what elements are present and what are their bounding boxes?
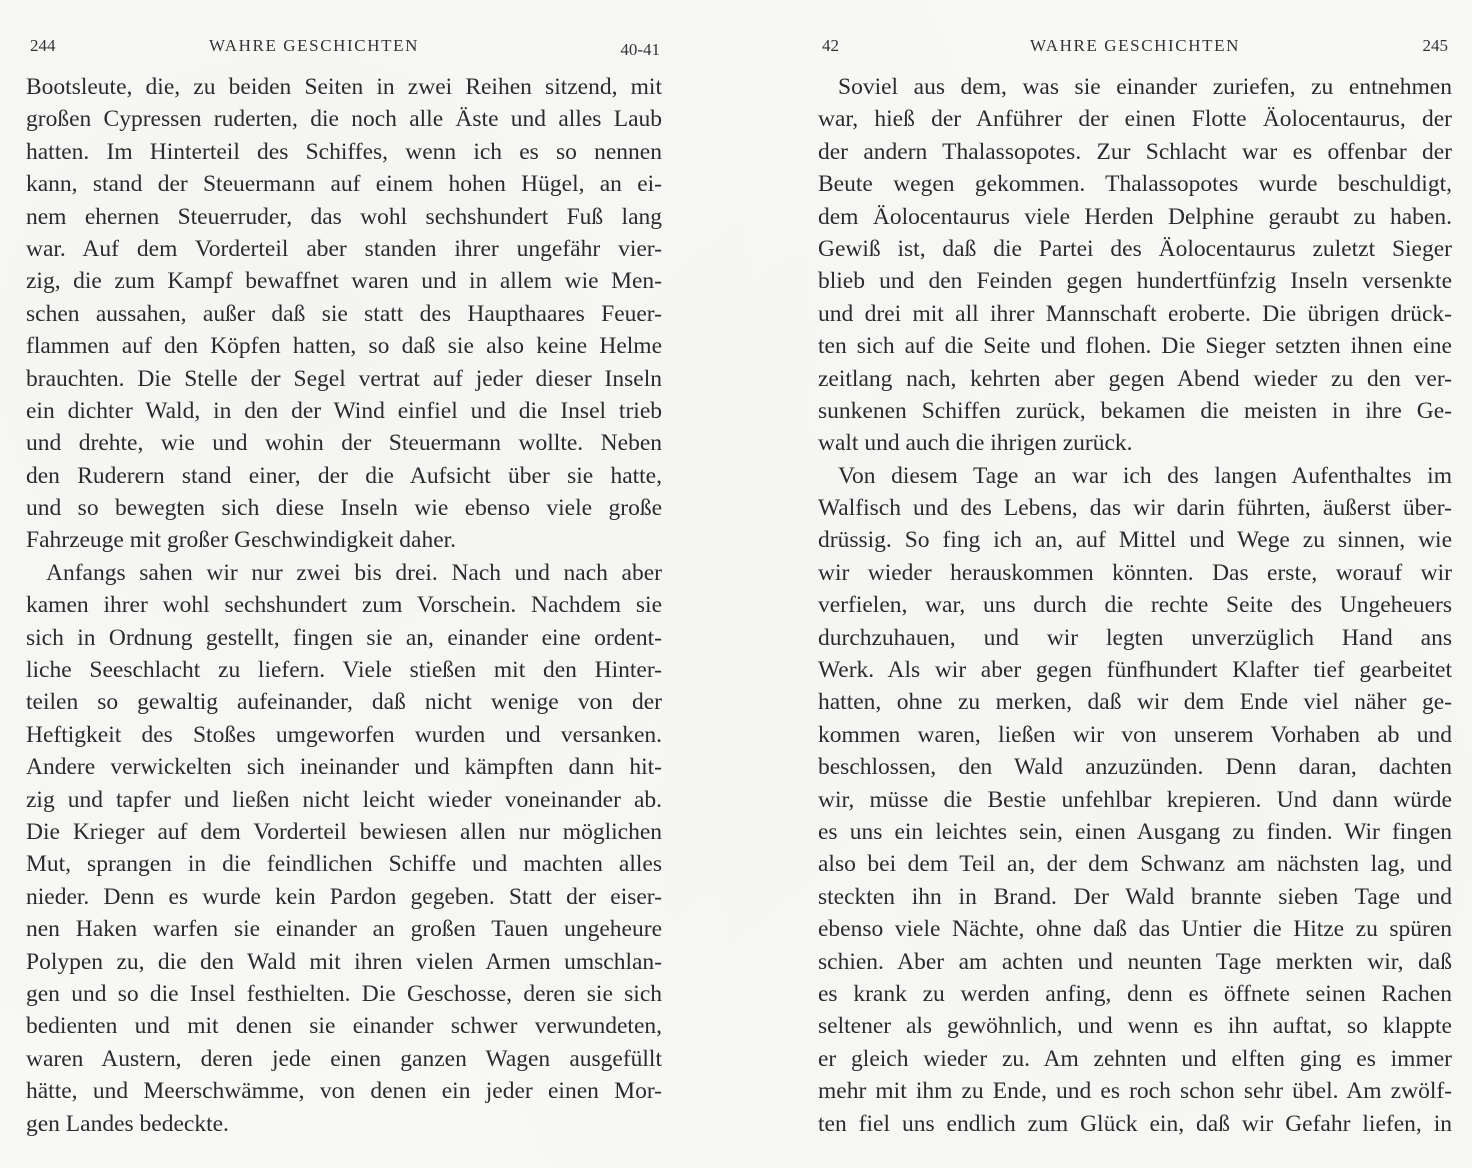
- text-line: Bootsleute, die, zu beiden Seiten in zwe…: [26, 71, 662, 103]
- right-page-number: 245: [1423, 36, 1449, 56]
- text-line: also bei dem Teil an, der dem Schwanz am…: [818, 848, 1452, 880]
- text-line: steckten ihn in Brand. Der Wald brannte …: [818, 881, 1452, 913]
- text-line: Gewiß ist, daß die Partei des Äolocentau…: [818, 233, 1452, 265]
- text-line: nieder. Denn es wurde kein Pardon gegebe…: [26, 881, 662, 913]
- text-line: blieb und den Feinden gegen hundertfünfz…: [818, 265, 1452, 297]
- text-line: es uns ein leichtes sein, einen Ausgang …: [818, 816, 1452, 848]
- text-line: ein dichter Wald, in den der Wind einfie…: [26, 395, 662, 427]
- text-line: Anfangs sahen wir nur zwei bis drei. Nac…: [26, 557, 662, 589]
- left-section-ref: 40-41: [620, 40, 660, 60]
- text-line: brauchten. Die Stelle der Segel vertrat …: [26, 363, 662, 395]
- text-line: zeitlang nach, kehrten aber gegen Abend …: [818, 363, 1452, 395]
- text-line: teilen so gewaltig aufeinander, daß nich…: [26, 686, 662, 718]
- text-line: nen Haken warfen sie einander an großen …: [26, 913, 662, 945]
- text-line: nem ehernen Steuerruder, das wohl sechsh…: [26, 201, 662, 233]
- text-line: durchzuhauen, und wir legten unverzüglic…: [818, 622, 1452, 654]
- text-line: walt und auch die ihrigen zurück.: [818, 427, 1452, 459]
- text-line: Walfisch und des Lebens, das wir darin f…: [818, 492, 1452, 524]
- text-line: Polypen zu, die den Wald mit ihren viele…: [26, 946, 662, 978]
- text-line: schen aussahen, außer daß sie statt des …: [26, 298, 662, 330]
- text-line: war, hieß der Anführer der einen Flotte …: [818, 103, 1452, 135]
- text-line: hatten, ohne zu merken, daß wir dem Ende…: [818, 686, 1452, 718]
- text-line: es krank zu werden anfing, denn es öffne…: [818, 978, 1452, 1010]
- text-line: seltener als gewöhnlich, und wenn es ihn…: [818, 1010, 1452, 1042]
- text-line: gen und so die Insel festhielten. Die Ge…: [26, 978, 662, 1010]
- text-line: und drehte, wie und wohin der Steuermann…: [26, 427, 662, 459]
- text-line: er gleich wieder zu. Am zehnten und elft…: [818, 1043, 1452, 1075]
- text-line: wir, müsse die Bestie unfehlbar krepiere…: [818, 784, 1452, 816]
- text-line: beschlossen, den Wald anzuzünden. Denn d…: [818, 751, 1452, 783]
- left-body-text: Bootsleute, die, zu beiden Seiten in zwe…: [26, 71, 662, 1140]
- left-running-title: WAHRE GESCHICHTEN: [0, 36, 662, 56]
- text-line: ten sich auf die Seite und flohen. Die S…: [818, 330, 1452, 362]
- book-spread: 244 WAHRE GESCHICHTEN 40-41 Bootsleute, …: [0, 0, 1472, 1168]
- text-line: wir wieder herauskommen könnten. Das ers…: [818, 557, 1452, 589]
- right-page: 42 WAHRE GESCHICHTEN 245 Soviel aus dem,…: [818, 0, 1452, 1168]
- text-line: mehr mit ihm zu Ende, und es roch schon …: [818, 1075, 1452, 1107]
- text-line: zig und tapfer und ließen nicht leicht w…: [26, 784, 662, 816]
- text-line: liche Seeschlacht zu liefern. Viele stie…: [26, 654, 662, 686]
- text-line: drüssig. So fing ich an, auf Mittel und …: [818, 524, 1452, 556]
- left-page: 244 WAHRE GESCHICHTEN 40-41 Bootsleute, …: [26, 0, 662, 1168]
- text-line: ten fiel uns endlich zum Glück ein, daß …: [818, 1108, 1452, 1140]
- text-line: kommen waren, ließen wir von unserem Vor…: [818, 719, 1452, 751]
- text-line: Die Krieger auf dem Vorderteil bewiesen …: [26, 816, 662, 848]
- text-line: hatten. Im Hinterteil des Schiffes, wenn…: [26, 136, 662, 168]
- text-line: verfielen, war, uns durch die rechte Sei…: [818, 589, 1452, 621]
- text-line: ebenso viele Nächte, ohne daß das Untier…: [818, 913, 1452, 945]
- text-line: Von diesem Tage an war ich des langen Au…: [818, 460, 1452, 492]
- text-line: und so bewegten sich diese Inseln wie eb…: [26, 492, 662, 524]
- text-line: kamen ihrer wohl sechshundert zum Vorsch…: [26, 589, 662, 621]
- text-line: Andere verwickelten sich ineinander und …: [26, 751, 662, 783]
- text-line: Heftigkeit des Stoßes umgeworfen wurden …: [26, 719, 662, 751]
- text-line: Fahrzeuge mit großer Geschwindigkeit dah…: [26, 524, 662, 556]
- text-line: Beute wegen gekommen. Thalassopotes wurd…: [818, 168, 1452, 200]
- left-running-head: 244 WAHRE GESCHICHTEN 40-41: [26, 36, 662, 60]
- text-line: den Ruderern stand einer, der die Aufsic…: [26, 460, 662, 492]
- text-line: gen Landes bedeckte.: [26, 1108, 662, 1140]
- text-line: waren Austern, deren jede einen ganzen W…: [26, 1043, 662, 1075]
- text-line: Werk. Als wir aber gegen fünfhundert Kla…: [818, 654, 1452, 686]
- text-line: zig, die zum Kampf bewaffnet waren und i…: [26, 265, 662, 297]
- right-body-text: Soviel aus dem, was sie einander zuriefe…: [818, 71, 1452, 1140]
- text-line: war. Auf dem Vorderteil aber standen ihr…: [26, 233, 662, 265]
- text-line: kann, stand der Steuermann auf einem hoh…: [26, 168, 662, 200]
- text-line: schien. Aber am achten und neunten Tage …: [818, 946, 1452, 978]
- text-line: und drei mit all ihrer Mannschaft erober…: [818, 298, 1452, 330]
- right-running-head: 42 WAHRE GESCHICHTEN 245: [818, 36, 1452, 60]
- text-line: bedienten und mit denen sie einander sch…: [26, 1010, 662, 1042]
- text-line: der andern Thalassopotes. Zur Schlacht w…: [818, 136, 1452, 168]
- text-line: sich in Ordnung gestellt, fingen sie an,…: [26, 622, 662, 654]
- text-line: großen Cypressen ruderten, die noch alle…: [26, 103, 662, 135]
- text-line: sunkenen Schiffen zurück, bekamen die me…: [818, 395, 1452, 427]
- right-running-title: WAHRE GESCHICHTEN: [818, 36, 1452, 56]
- text-line: hätte, und Meerschwämme, von denen ein j…: [26, 1075, 662, 1107]
- text-line: flammen auf den Köpfen hatten, so daß si…: [26, 330, 662, 362]
- text-line: dem Äolocentaurus viele Herden Delphine …: [818, 201, 1452, 233]
- text-line: Mut, sprangen in die feindlichen Schiffe…: [26, 848, 662, 880]
- text-line: Soviel aus dem, was sie einander zuriefe…: [818, 71, 1452, 103]
